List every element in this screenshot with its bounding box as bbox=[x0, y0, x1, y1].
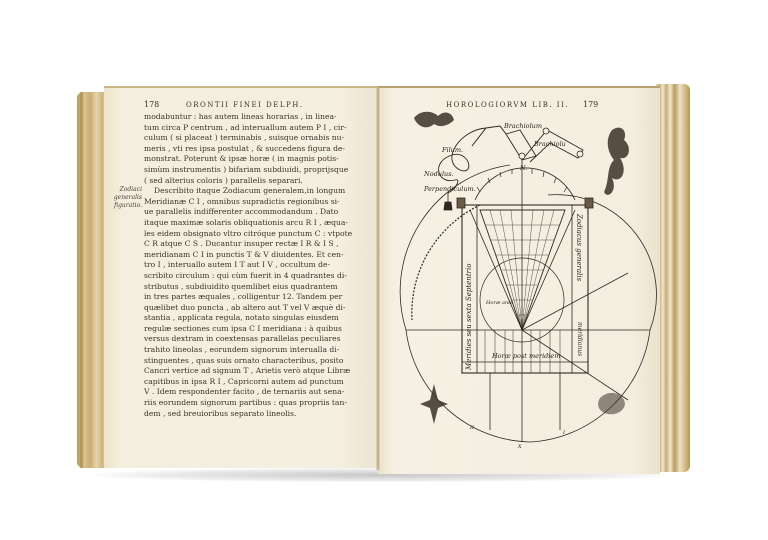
label-brachiolum-1: Brachiolum bbox=[504, 122, 542, 130]
text-line: dem , sed breuioribus separato lineolis. bbox=[144, 409, 362, 420]
open-book-photo: 178 ORONTII FINEI DELPH. modabuntur : ha… bbox=[0, 0, 768, 540]
text-line: itaque maximæ solaris obliquationis arcu… bbox=[144, 218, 362, 229]
text-line: V . Idem respondenter facito , de ternar… bbox=[144, 387, 362, 398]
left-page-number: 178 bbox=[144, 100, 159, 109]
text-line: modabuntur : has autem lineas horarias ,… bbox=[144, 112, 362, 123]
label-horae-ante: Horæ ante bbox=[486, 300, 513, 306]
text-line: quælibet duo puncta , ab altero aut T ve… bbox=[144, 303, 362, 314]
label-nodulus: Nodulus. bbox=[424, 170, 454, 178]
label-meridianus: meridianus bbox=[576, 322, 583, 356]
text-line: Describito itaque Zodiacum generalem,in … bbox=[144, 186, 362, 197]
circle-mark-i: I bbox=[563, 430, 565, 436]
text-line: stantia , applicata regula, notato singu… bbox=[144, 313, 362, 324]
text-line: meris , vti res ipsa postulat , & succed… bbox=[144, 144, 362, 155]
text-line: C R atque C S . Ducantur insuper rectæ I… bbox=[144, 239, 362, 250]
label-perpendiculum: Perpendiculum. bbox=[424, 185, 476, 193]
text-line: in tres partes æquales , colligentur 12.… bbox=[144, 292, 362, 303]
text-line: meridianam C I in punctis T & V diuident… bbox=[144, 250, 362, 261]
text-line: riis eorundem signorum partibus : quas p… bbox=[144, 398, 362, 409]
text-line: stributus , subdiuidito quemlibet eius q… bbox=[144, 282, 362, 293]
label-brachiolum-2: Brachiolu bbox=[534, 140, 566, 148]
circle-mark-x: X bbox=[518, 444, 522, 450]
text-line: regulæ sectiones cum ipsa C I meridiana … bbox=[144, 324, 362, 335]
marginal-line: figuratio. bbox=[110, 202, 142, 210]
text-line: ( sed alterius coloris ) parallelis sepa… bbox=[144, 176, 362, 187]
text-line: tro I , interuallo autem I T aut I V , o… bbox=[144, 260, 362, 271]
marginal-note: Zodiaci generalis figuratio. bbox=[110, 186, 142, 210]
label-left-vertical: Meridies seu sexta Septentrio bbox=[465, 264, 473, 370]
text-line: stinguentes , quas suis ornato character… bbox=[144, 356, 362, 367]
text-line: ue parallelis indifferenter accommodandu… bbox=[144, 207, 362, 218]
text-line: culum ( si placeat ) terminabis , suisqu… bbox=[144, 133, 362, 144]
label-north: N. bbox=[520, 164, 527, 172]
left-page-text: modabuntur : has autem lineas horarias ,… bbox=[144, 112, 362, 419]
text-line: tum circa P centrum , ad interuallum aut… bbox=[144, 123, 362, 134]
text-line: trahito lineolas , eorundem signorum int… bbox=[144, 345, 362, 356]
left-page-edges bbox=[77, 92, 107, 468]
label-filum: Filum. bbox=[442, 146, 463, 154]
text-line: versus dextram in coextensas parallelas … bbox=[144, 334, 362, 345]
paragraph-2: Describito itaque Zodiacum generalem,in … bbox=[144, 186, 362, 419]
text-line: monstrat. Poterunt & ipsæ horæ ( in magn… bbox=[144, 154, 362, 165]
text-line: capitibus in ipsa R I , Capricorni autem… bbox=[144, 377, 362, 388]
label-horae-post-meridiem: Horæ post meridiem bbox=[492, 352, 560, 360]
left-running-head: ORONTII FINEI DELPH. bbox=[186, 101, 304, 109]
text-line: scribito circulum : qui cùm fuerit in 4 … bbox=[144, 271, 362, 282]
marginal-line: generalis bbox=[110, 194, 142, 202]
text-line: les eidem obsignato vltro citróque punct… bbox=[144, 229, 362, 240]
sundial-diagram bbox=[380, 90, 660, 470]
circle-mark-ii: II bbox=[470, 425, 474, 431]
right-page-edges bbox=[656, 84, 690, 472]
text-line: Meridianæ C I , omnibus supradictis regi… bbox=[144, 197, 362, 208]
marginal-line: Zodiaci bbox=[110, 186, 142, 194]
paragraph-1: modabuntur : has autem lineas horarias ,… bbox=[144, 112, 362, 186]
label-zodiacus-generalis: Zodiacus generalis bbox=[575, 214, 583, 281]
text-line: Cancri vertice ad signum T , Arietis ver… bbox=[144, 366, 362, 377]
text-line: simùm instrumentis ) bifariam subdiuidi,… bbox=[144, 165, 362, 176]
